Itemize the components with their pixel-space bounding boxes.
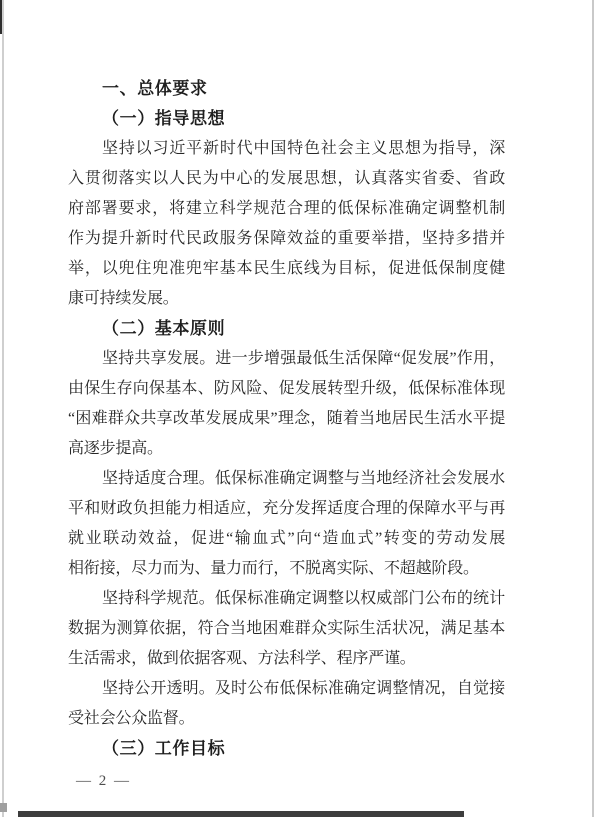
scan-bar-bottom	[18, 811, 464, 817]
text-line: 相衔接，尽力而为、量力而行，不脱离实际、不超越阶段。	[68, 554, 505, 584]
text-line: 坚持以习近平新时代中国特色社会主义思想为指导，深	[68, 134, 505, 164]
text-line: 生活需求，做到依据客观、方法科学、程序严谨。	[68, 644, 505, 674]
text-line: 府部署要求，将建立科学规范合理的低保标准确定调整机制	[68, 194, 505, 224]
scan-edge-left-line	[2, 0, 4, 817]
section-heading: 一、总体要求	[68, 74, 505, 104]
text-line: 坚持共享发展。进一步增强最低生活保障“促发展”作用，	[68, 344, 505, 374]
section-heading: （二）基本原则	[68, 314, 505, 344]
text-line: 作为提升新时代民政服务保障效益的重要举措，坚持多措并	[68, 224, 505, 254]
text-line: 坚持适度合理。低保标准确定调整与当地经济社会发展水	[68, 464, 505, 494]
document-body: 一、总体要求（一）指导思想坚持以习近平新时代中国特色社会主义思想为指导，深入贯彻…	[68, 74, 505, 764]
text-line: 举，以兜住兜准兜牢基本民生底线为目标，促进低保制度健	[68, 254, 505, 284]
text-line: 受社会公众监督。	[68, 704, 505, 734]
text-line: 由保生存向保基本、防风险、促发展转型升级，低保标准体现	[68, 374, 505, 404]
document-page: 一、总体要求（一）指导思想坚持以习近平新时代中国特色社会主义思想为指导，深入贯彻…	[0, 0, 596, 817]
text-line: 高逐步提高。	[68, 434, 505, 464]
scan-mark-bottom-left	[0, 803, 7, 812]
section-heading: （一）指导思想	[68, 104, 505, 134]
text-line: 平和财政负担能力相适应，充分发挥适度合理的保障水平与再	[68, 494, 505, 524]
text-line: 坚持科学规范。低保标准确定调整以权威部门公布的统计	[68, 584, 505, 614]
text-line: 就业联动效益，促进“输血式”向“造血式”转变的劳动发展	[68, 524, 505, 554]
text-line: 坚持公开透明。及时公布低保标准确定调整情况，自觉接	[68, 674, 505, 704]
text-line: 数据为测算依据，符合当地困难群众实际生活状况，满足基本	[68, 614, 505, 644]
scan-edge-right-line	[592, 0, 594, 817]
text-line: 入贯彻落实以人民为中心的发展思想，认真落实省委、省政	[68, 164, 505, 194]
text-line: “困难群众共享改革发展成果”理念，随着当地居民生活水平提	[68, 404, 505, 434]
section-heading: （三）工作目标	[68, 734, 505, 764]
text-line: 康可持续发展。	[68, 284, 505, 314]
page-number: — 2 —	[76, 773, 131, 790]
